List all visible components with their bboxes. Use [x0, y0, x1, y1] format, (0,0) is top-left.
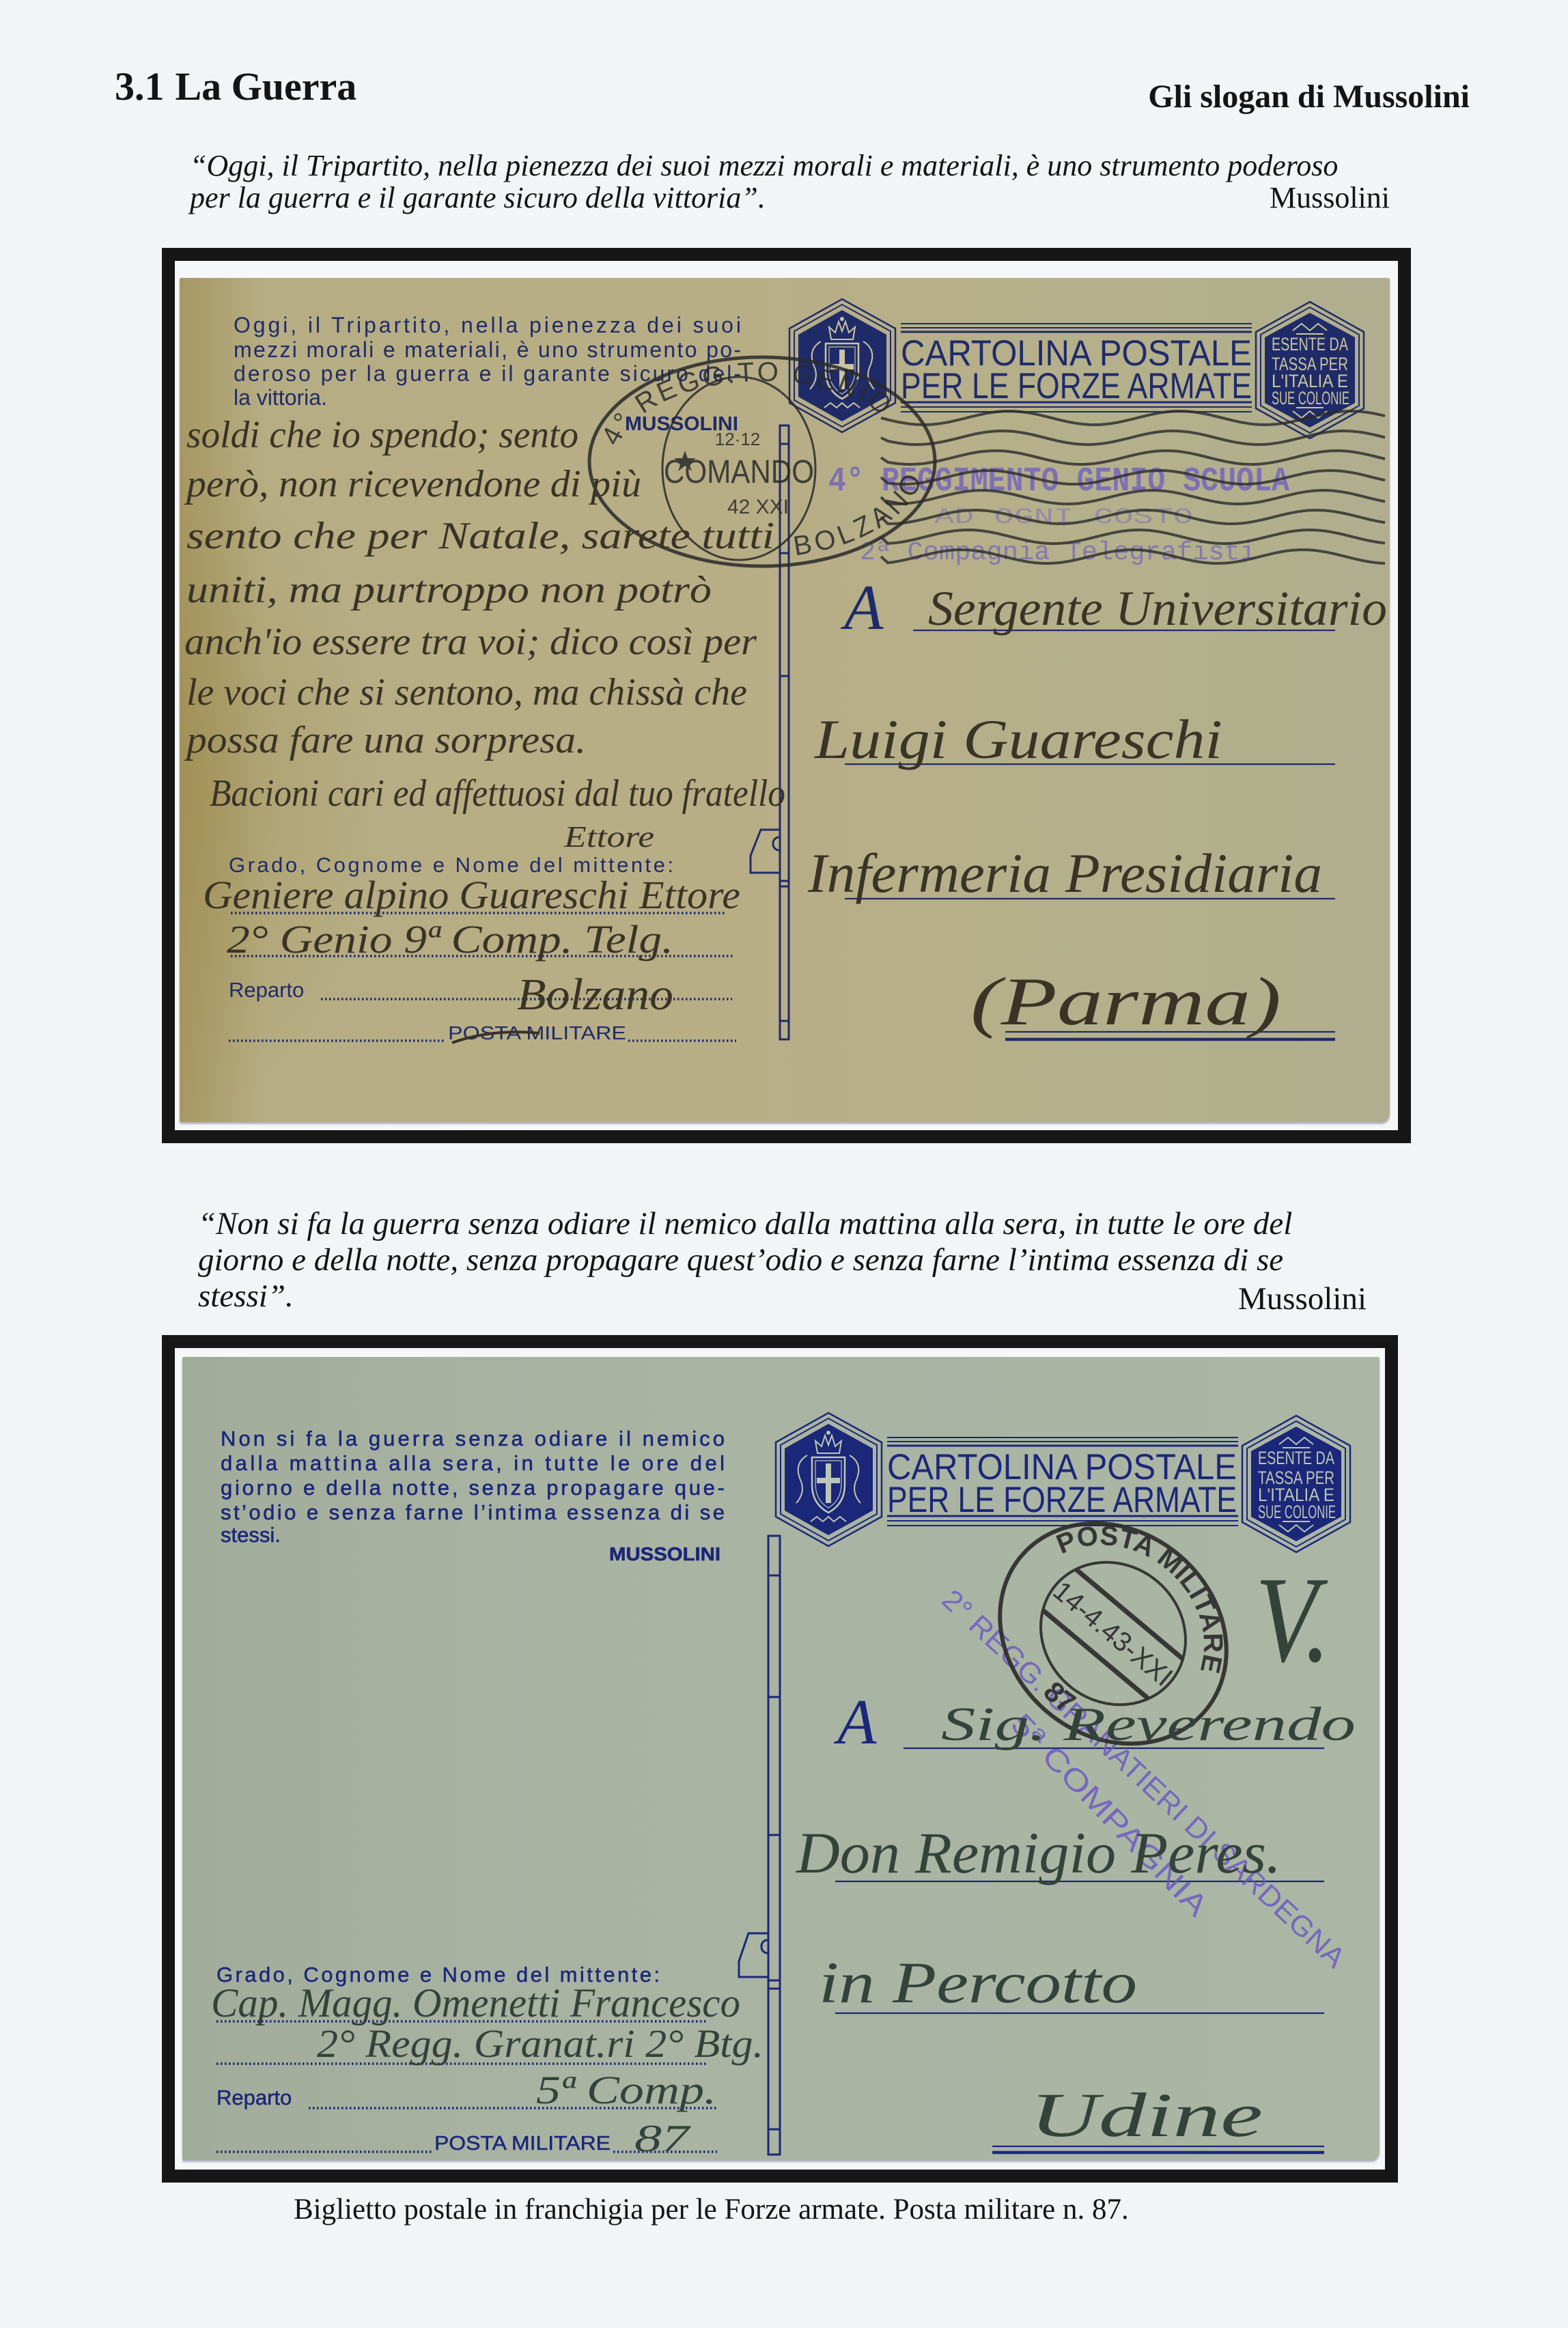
posta-militare-number: 87	[634, 2118, 691, 2160]
exempt-text-line: SUE COLONIE	[1258, 1502, 1336, 1522]
exempt-text-line: SUE COLONIE	[1272, 388, 1349, 408]
postcard-tripartito: Oggi, il Tripartito, nella pienezza dei …	[180, 278, 1390, 1122]
address-line: Infermeria Presidiaria	[807, 842, 1322, 904]
message-line: le voci che si sentono, ma chissà che	[186, 671, 747, 714]
slogan-line: mezzi morali e materiali, è uno strument…	[234, 337, 741, 362]
page-subtitle: Gli slogan di Mussolini	[1148, 81, 1470, 113]
cachet-line: AD OGNI COSTO	[934, 505, 1193, 530]
slogan-line: giorno e della notte, senza propagare qu…	[221, 1476, 725, 1500]
address-line: Don Remigio Peres.	[796, 1820, 1281, 1885]
crown-orb-icon	[826, 1431, 830, 1435]
message-line: soldi che io spendo; sento	[186, 414, 578, 456]
address-prefix: A	[833, 1687, 877, 1758]
handwritten-address: Sig. Reverendo Don Remigio Peres. in Per…	[796, 1552, 1356, 2150]
sender-line: Cap. Magg. Omenetti Francesco	[211, 1980, 740, 2025]
unit-label: Reparto	[229, 978, 304, 1002]
handwritten-sender: Geniere alpino Guareschi Ettore 2° Genio…	[203, 873, 740, 1043]
quote-line: stessi”.	[198, 1280, 294, 1313]
address-line: Sergente Universitario	[928, 581, 1387, 636]
rifle-bolt-notch	[773, 837, 780, 850]
message-line: uniti, ma purtroppo non potrò	[186, 569, 712, 611]
exempt-text-line: ESENTE DA	[1272, 334, 1348, 354]
check-mark: V.	[1255, 1552, 1330, 1687]
message-line: sento che per Natale, sarete tutti	[186, 515, 774, 557]
postcard-artwork: Oggi, il Tripartito, nella pienezza dei …	[180, 278, 1390, 1122]
slogan-line: Non si fa la guerra senza odiare il nemi…	[221, 1427, 725, 1450]
savoy-coat-of-arms-icon	[776, 1413, 882, 1546]
address-line: in Percotto	[819, 1950, 1137, 2015]
quote-author: Mussolini	[1270, 183, 1390, 213]
quote-author: Mussolini	[1238, 1283, 1367, 1315]
rifle-bolt-notch	[761, 1940, 768, 1953]
address-line: Luigi Guareschi	[814, 708, 1222, 770]
message-line: possa fare una sorpresa.	[184, 719, 586, 761]
cross-icon	[817, 1478, 840, 1483]
section-title: La Guerra	[176, 64, 357, 109]
message-line: però, non ricevendone di più	[184, 463, 641, 505]
sender-line: 2° Genio 9ª Comp. Telg.	[227, 917, 673, 962]
message-signature: Ettore	[563, 820, 654, 854]
posta-militare-label: POSTA MILITARE	[434, 2133, 611, 2155]
slogan-line: dalla mattina alla sera, in tutte le ore…	[221, 1451, 725, 1475]
message-line: Bacioni cari ed affettuosi dal tuo frate…	[210, 772, 785, 815]
quote-line: per la guerra e il garante sicuro della …	[190, 183, 766, 213]
message-line: anch'io essere tra voi; dico così per	[184, 621, 757, 663]
address-line: Sig. Reverendo	[941, 1698, 1356, 1751]
sender-unit: 5ª Comp.	[536, 2068, 716, 2112]
postmark-date: 14-4.43-XXI	[1047, 1575, 1178, 1692]
quote-line: “Oggi, il Tripartito, nella pienezza dei…	[190, 151, 1338, 181]
album-page: 3.1La Guerra Gli slogan di Mussolini “Og…	[0, 0, 1568, 2328]
postmark-date: 12·12	[715, 429, 761, 449]
printed-slogan: Non si fa la guerra senza odiare il nemi…	[221, 1427, 725, 1565]
handwritten-address: Sergente Universitario Luigi Guareschi I…	[807, 581, 1387, 1039]
sender-line: Geniere alpino Guareschi Ettore	[203, 873, 740, 917]
address-prefix: A	[840, 572, 884, 643]
slogan-author: MUSSOLINI	[609, 1543, 720, 1565]
unit-label: Reparto	[216, 2086, 292, 2109]
section-number: 3.1	[115, 64, 165, 109]
quote-line: giorno e della notte, senza propagare qu…	[198, 1244, 1283, 1276]
slogan-line: stessi.	[221, 1523, 281, 1547]
postmark-center-text: COMANDO	[664, 454, 814, 490]
exhibit-caption: Biglietto postale in franchigia per le F…	[294, 2195, 1129, 2224]
address-line: (Parma)	[970, 964, 1281, 1039]
rifle-bolt	[751, 830, 780, 873]
section-heading: 3.1La Guerra	[115, 67, 356, 107]
slogan-line: Oggi, il Tripartito, nella pienezza dei …	[234, 313, 741, 337]
postcard-odio-nemico: Non si fa la guerra senza odiare il nemi…	[182, 1357, 1380, 2160]
franchise-exempt-badge: ESENTE DA TASSA PER L'ITALIA E SUE COLON…	[1242, 1416, 1350, 1552]
address-line: Udine	[1030, 2080, 1263, 2150]
rifle-bolt	[739, 1933, 768, 1977]
card-title-line: PER LE FORZE ARMATE	[887, 1480, 1237, 1520]
slogan-line: la vittoria.	[234, 385, 327, 410]
crown-orb-icon	[840, 317, 844, 321]
card-title-block: CARTOLINA POSTALE PER LE FORZE ARMATE	[887, 1438, 1238, 1526]
card-title-line: PER LE FORZE ARMATE	[901, 366, 1252, 406]
slogan-line: st’odio e senza farne l’intima essenza d…	[221, 1500, 725, 1524]
postcard-artwork: Non si fa la guerra senza odiare il nemi…	[182, 1357, 1380, 2160]
rifle-barrel	[768, 1536, 780, 2155]
sender-unit: Bolzano	[517, 970, 673, 1020]
sender-line: 2° Regg. Granat.ri 2° Btg.	[317, 2021, 764, 2066]
card-title-block: CARTOLINA POSTALE PER LE FORZE ARMATE	[901, 324, 1252, 412]
quote-line: “Non si fa la guerra senza odiare il nem…	[198, 1208, 1292, 1240]
exempt-text-line: ESENTE DA	[1258, 1448, 1334, 1468]
